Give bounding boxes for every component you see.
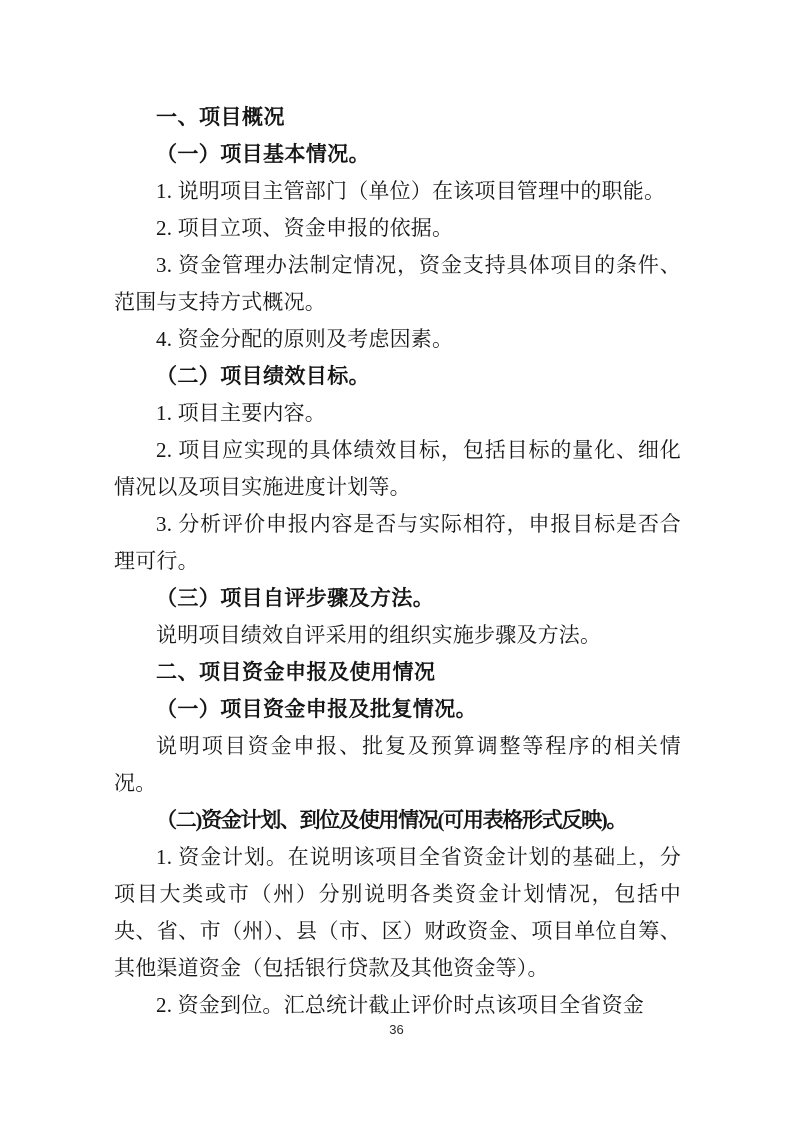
section-heading-1: 一、项目概况 — [114, 99, 681, 136]
list-item-1-1-1: 1. 说明项目主管部门（单位）在该项目管理中的职能。 — [114, 173, 681, 210]
list-item-1-2-1: 1. 项目主要内容。 — [114, 395, 681, 432]
paragraph-1-3-text: 说明项目绩效自评采用的组织实施步骤及方法。 — [114, 617, 681, 654]
list-item-1-1-4: 4. 资金分配的原则及考虑因素。 — [114, 321, 681, 358]
list-item-1-2-3: 3. 分析评价申报内容是否与实际相符，申报目标是否合理可行。 — [114, 506, 681, 580]
page-number: 36 — [0, 1022, 793, 1037]
document-page: 一、项目概况 （一）项目基本情况。 1. 说明项目主管部门（单位）在该项目管理中… — [0, 0, 793, 1122]
paragraph-2-1-text: 说明项目资金申报、批复及预算调整等程序的相关情况。 — [114, 728, 681, 802]
document-body: 一、项目概况 （一）项目基本情况。 1. 说明项目主管部门（单位）在该项目管理中… — [114, 99, 681, 1024]
list-item-1-1-3: 3. 资金管理办法制定情况，资金支持具体项目的条件、范围与支持方式概况。 — [114, 247, 681, 321]
subsection-heading-2-2: （二)资金计划、到位及使用情况(可用表格形式反映)。 — [114, 802, 681, 839]
subsection-heading-1-1: （一）项目基本情况。 — [114, 136, 681, 173]
list-item-1-2-2: 2. 项目应实现的具体绩效目标，包括目标的量化、细化情况以及项目实施进度计划等。 — [114, 432, 681, 506]
subsection-heading-2-1: （一）项目资金申报及批复情况。 — [114, 691, 681, 728]
list-item-2-2-1: 1. 资金计划。在说明该项目全省资金计划的基础上，分项目大类或市（州）分别说明各… — [114, 839, 681, 987]
list-item-1-1-2: 2. 项目立项、资金申报的依据。 — [114, 210, 681, 247]
subsection-heading-1-3: （三）项目自评步骤及方法。 — [114, 580, 681, 617]
section-heading-2: 二、项目资金申报及使用情况 — [114, 654, 681, 691]
list-item-2-2-2: 2. 资金到位。汇总统计截止评价时点该项目全省资金 — [114, 987, 681, 1024]
subsection-heading-1-2: （二）项目绩效目标。 — [114, 358, 681, 395]
